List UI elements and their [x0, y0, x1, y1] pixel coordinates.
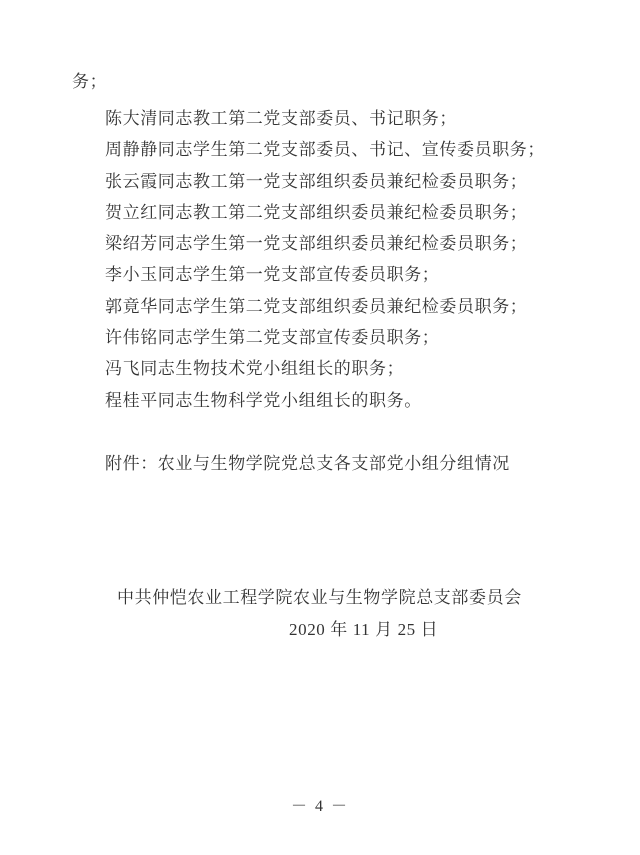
removal-item: 冯飞同志生物技术党小组组长的职务；	[105, 353, 545, 384]
continuation-line: 务；	[72, 66, 107, 97]
removal-item: 程桂平同志生物科学党小组组长的职务。	[105, 385, 545, 416]
removal-item: 贺立红同志教工第二党支部组织委员兼纪检委员职务；	[105, 197, 545, 228]
removal-item: 周静静同志学生第二党支部委员、书记、宣传委员职务；	[105, 134, 545, 165]
attachment-line: 附件：农业与生物学院党总支各支部党小组分组情况	[105, 448, 510, 479]
removal-item: 陈大清同志教工第二党支部委员、书记职务；	[105, 103, 545, 134]
removal-item: 许伟铭同志学生第二党支部宣传委员职务；	[105, 322, 545, 353]
removal-item: 张云霞同志教工第一党支部组织委员兼纪检委员职务；	[105, 166, 545, 197]
page-number: － 4 －	[0, 795, 640, 819]
signature-date: 2020 年 11 月 25 日	[289, 614, 438, 645]
removal-item: 郭竟华同志学生第二党支部组织委员兼纪检委员职务；	[105, 291, 545, 322]
removal-item: 李小玉同志学生第一党支部宣传委员职务；	[105, 259, 545, 290]
removal-list: 陈大清同志教工第二党支部委员、书记职务； 周静静同志学生第二党支部委员、书记、宣…	[105, 103, 545, 416]
removal-item: 梁绍芳同志学生第一党支部组织委员兼纪检委员职务；	[105, 228, 545, 259]
signature-organization: 中共仲恺农业工程学院农业与生物学院总支部委员会	[117, 582, 522, 613]
document-page: 务； 陈大清同志教工第二党支部委员、书记职务； 周静静同志学生第二党支部委员、书…	[0, 0, 640, 855]
